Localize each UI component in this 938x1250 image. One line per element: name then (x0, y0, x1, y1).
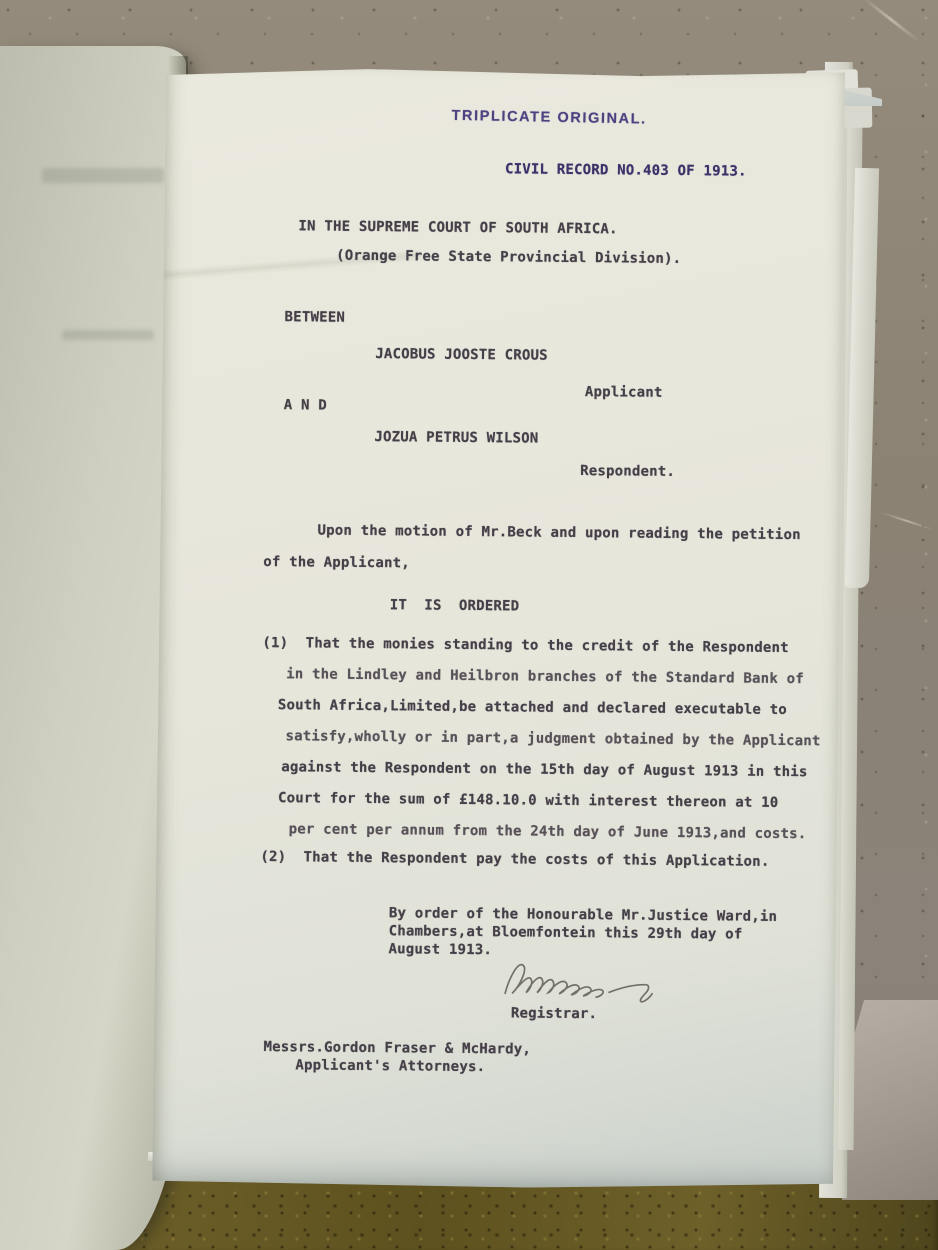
applicant-name: JACOBUS JOOSTE CROUS (375, 346, 548, 364)
between-label: BETWEEN (285, 309, 346, 326)
order-1-line: (1) That the monies standing to the cred… (262, 635, 788, 656)
ordered-heading: IT IS ORDERED (390, 597, 520, 614)
court-division: (Orange Free State Provincial Division). (336, 248, 681, 267)
order-1-line: South Africa,Limited,be attached and dec… (278, 697, 787, 718)
court-name: IN THE SUPREME COURT OF SOUTH AFRICA. (298, 218, 617, 237)
order-2-line: (2) That the Respondent pay the costs of… (260, 849, 769, 870)
order-1-line: per cent per annum from the 24th day of … (289, 821, 807, 842)
triplicate-original-stamp: TRIPLICATE ORIGINAL. (451, 108, 647, 128)
ghost-text-smudge (42, 168, 164, 183)
order-1-line: Court for the sum of £148.10.0 with inte… (278, 790, 779, 811)
main-page: TRIPLICATE ORIGINAL. CIVIL RECORD NO.403… (152, 66, 845, 1190)
document-photo: TRIPLICATE ORIGINAL. CIVIL RECORD NO.403… (0, 0, 938, 1250)
civil-record-number: CIVIL RECORD NO.403 OF 1913. (505, 161, 747, 179)
attestation-line: August 1913. (388, 940, 492, 959)
applicant-role: Applicant (585, 384, 663, 401)
respondent-name: JOZUA PETRUS WILSON (374, 429, 538, 447)
preamble-line: of the Applicant, (263, 554, 410, 571)
order-1-line: satisfy,wholly or in part,a judgment obt… (285, 728, 820, 749)
attorneys-role: Applicant's Attorneys. (295, 1056, 485, 1076)
registrar-label: Registrar. (511, 1005, 597, 1022)
ghost-text-smudge (62, 330, 154, 340)
preamble-line: Upon the motion of Mr.Beck and upon read… (317, 523, 800, 544)
order-1-line: in the Lindley and Heilbron branches of … (286, 666, 804, 687)
order-1-line: against the Respondent on the 15th day o… (281, 759, 807, 780)
and-label: A N D (284, 397, 327, 413)
registrar-signature (495, 947, 680, 1009)
respondent-role: Respondent. (580, 463, 675, 480)
